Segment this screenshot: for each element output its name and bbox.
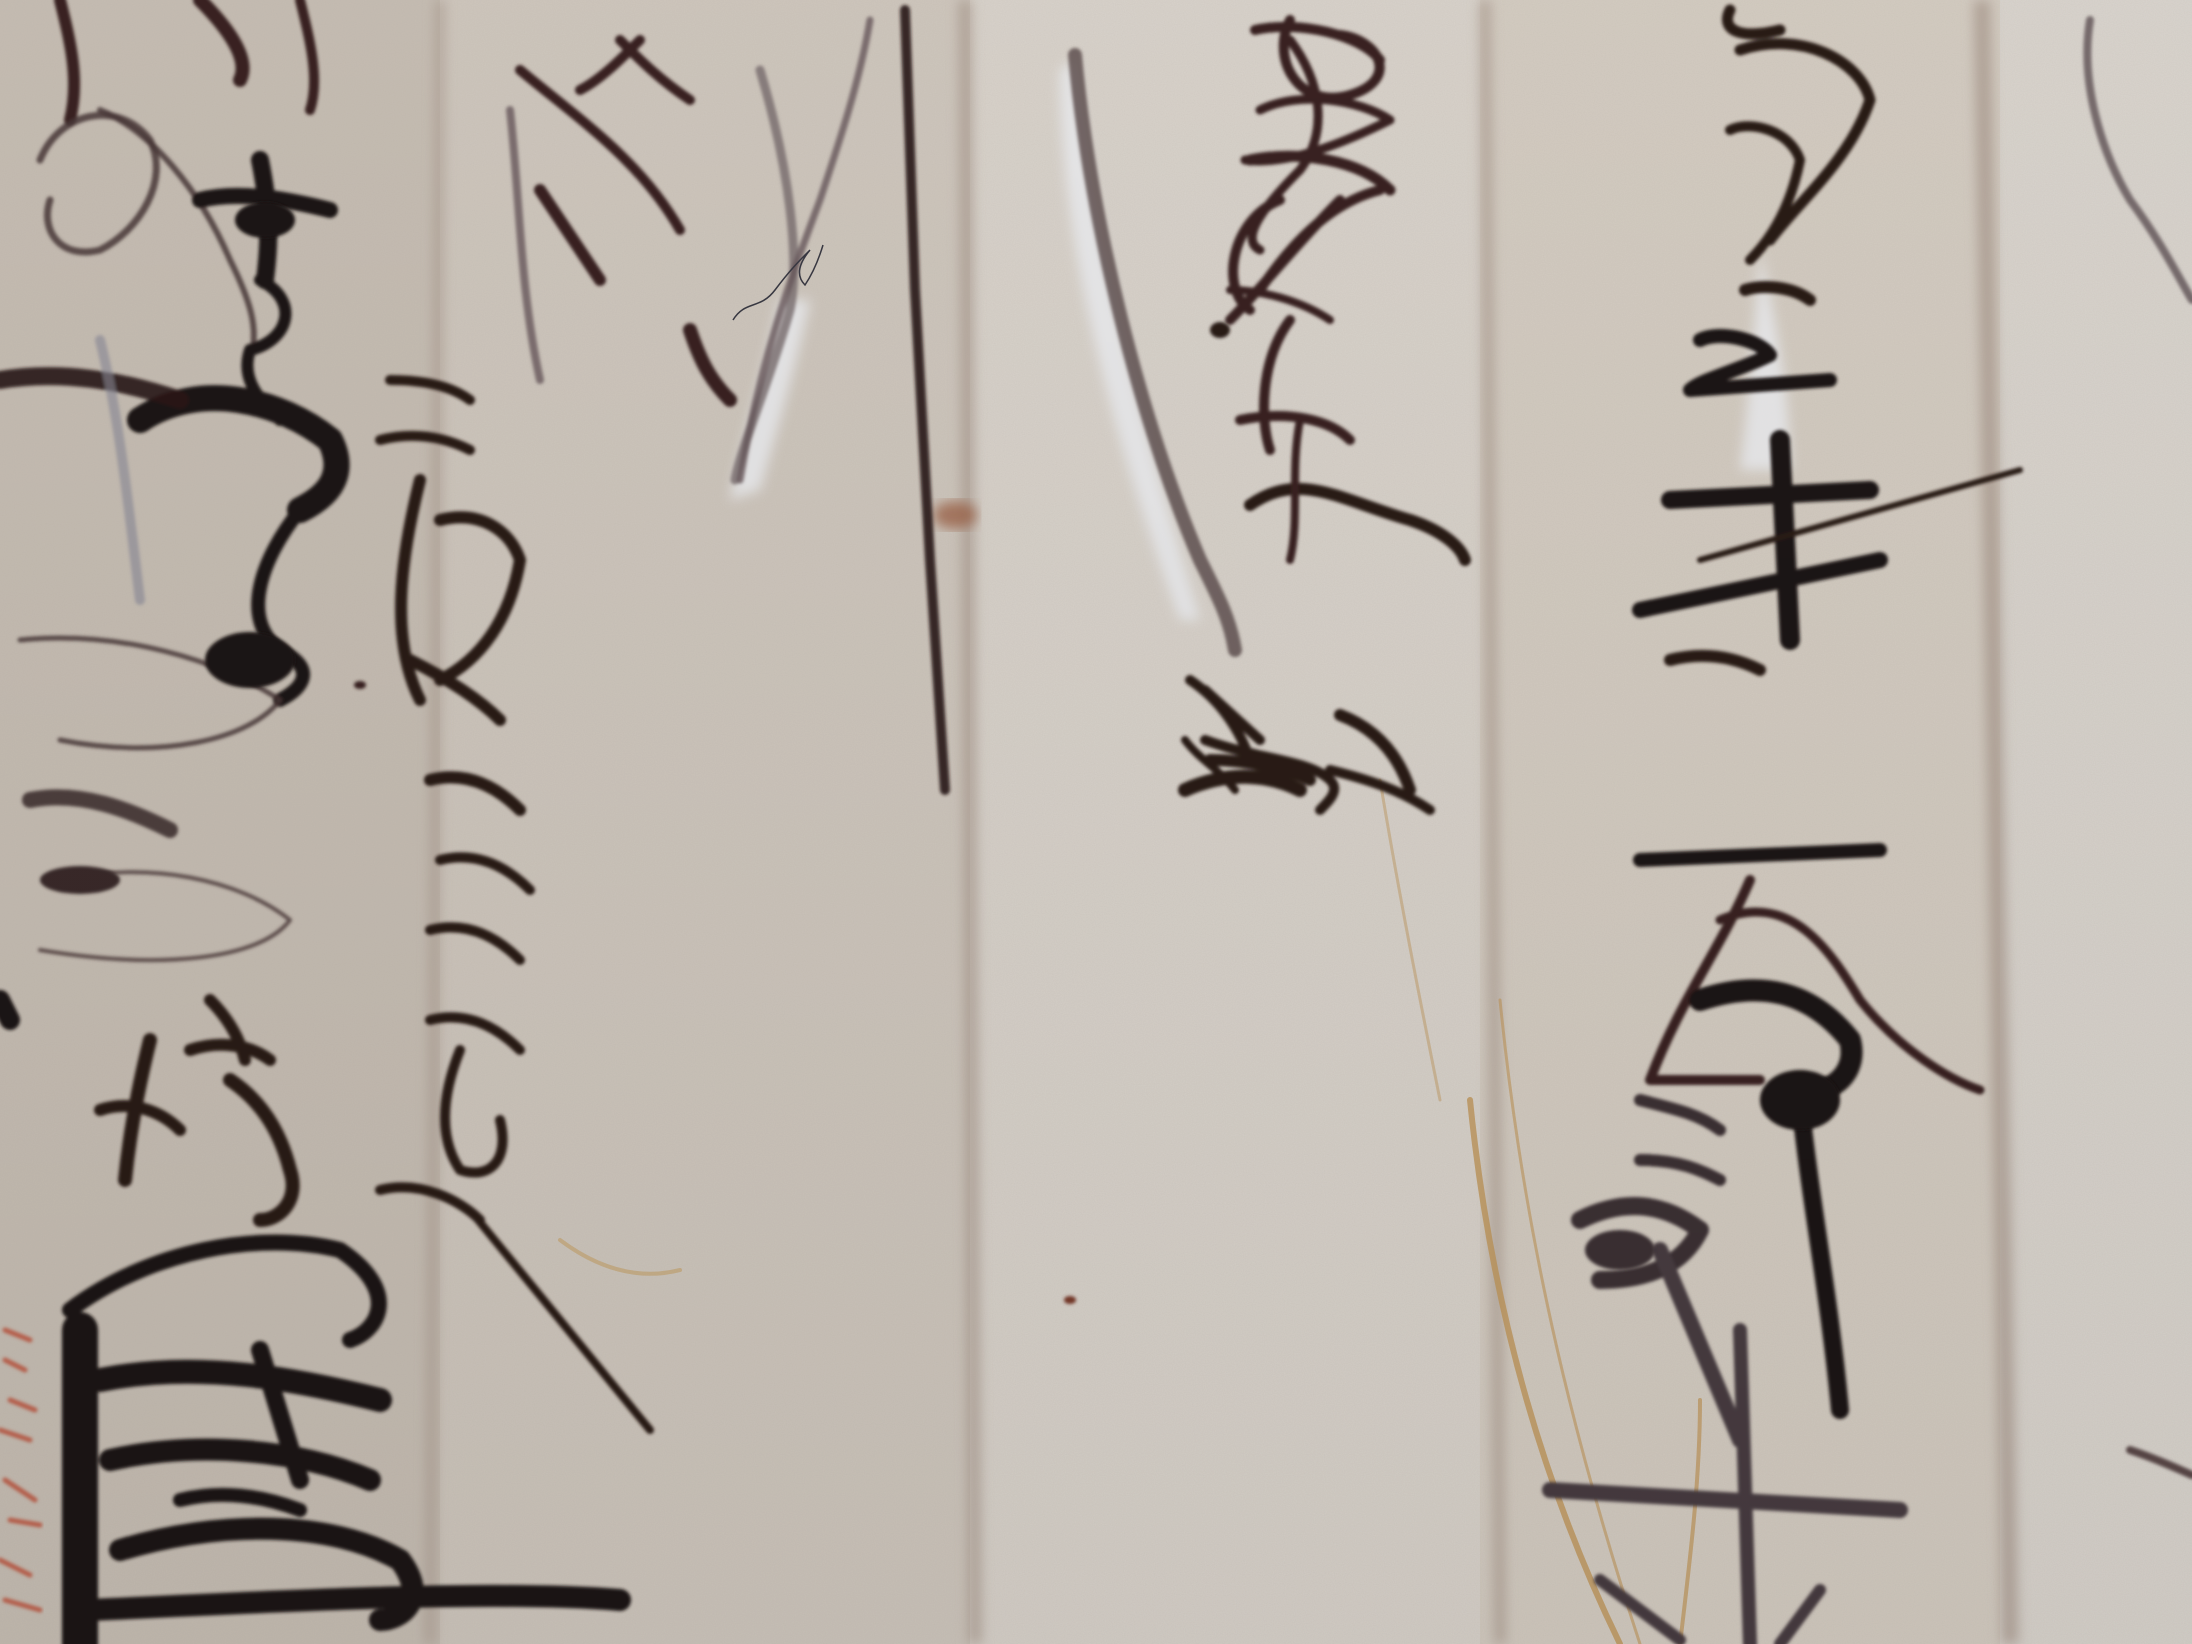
calligraphy-photo bbox=[0, 0, 2192, 1644]
vignette bbox=[0, 0, 2192, 1644]
